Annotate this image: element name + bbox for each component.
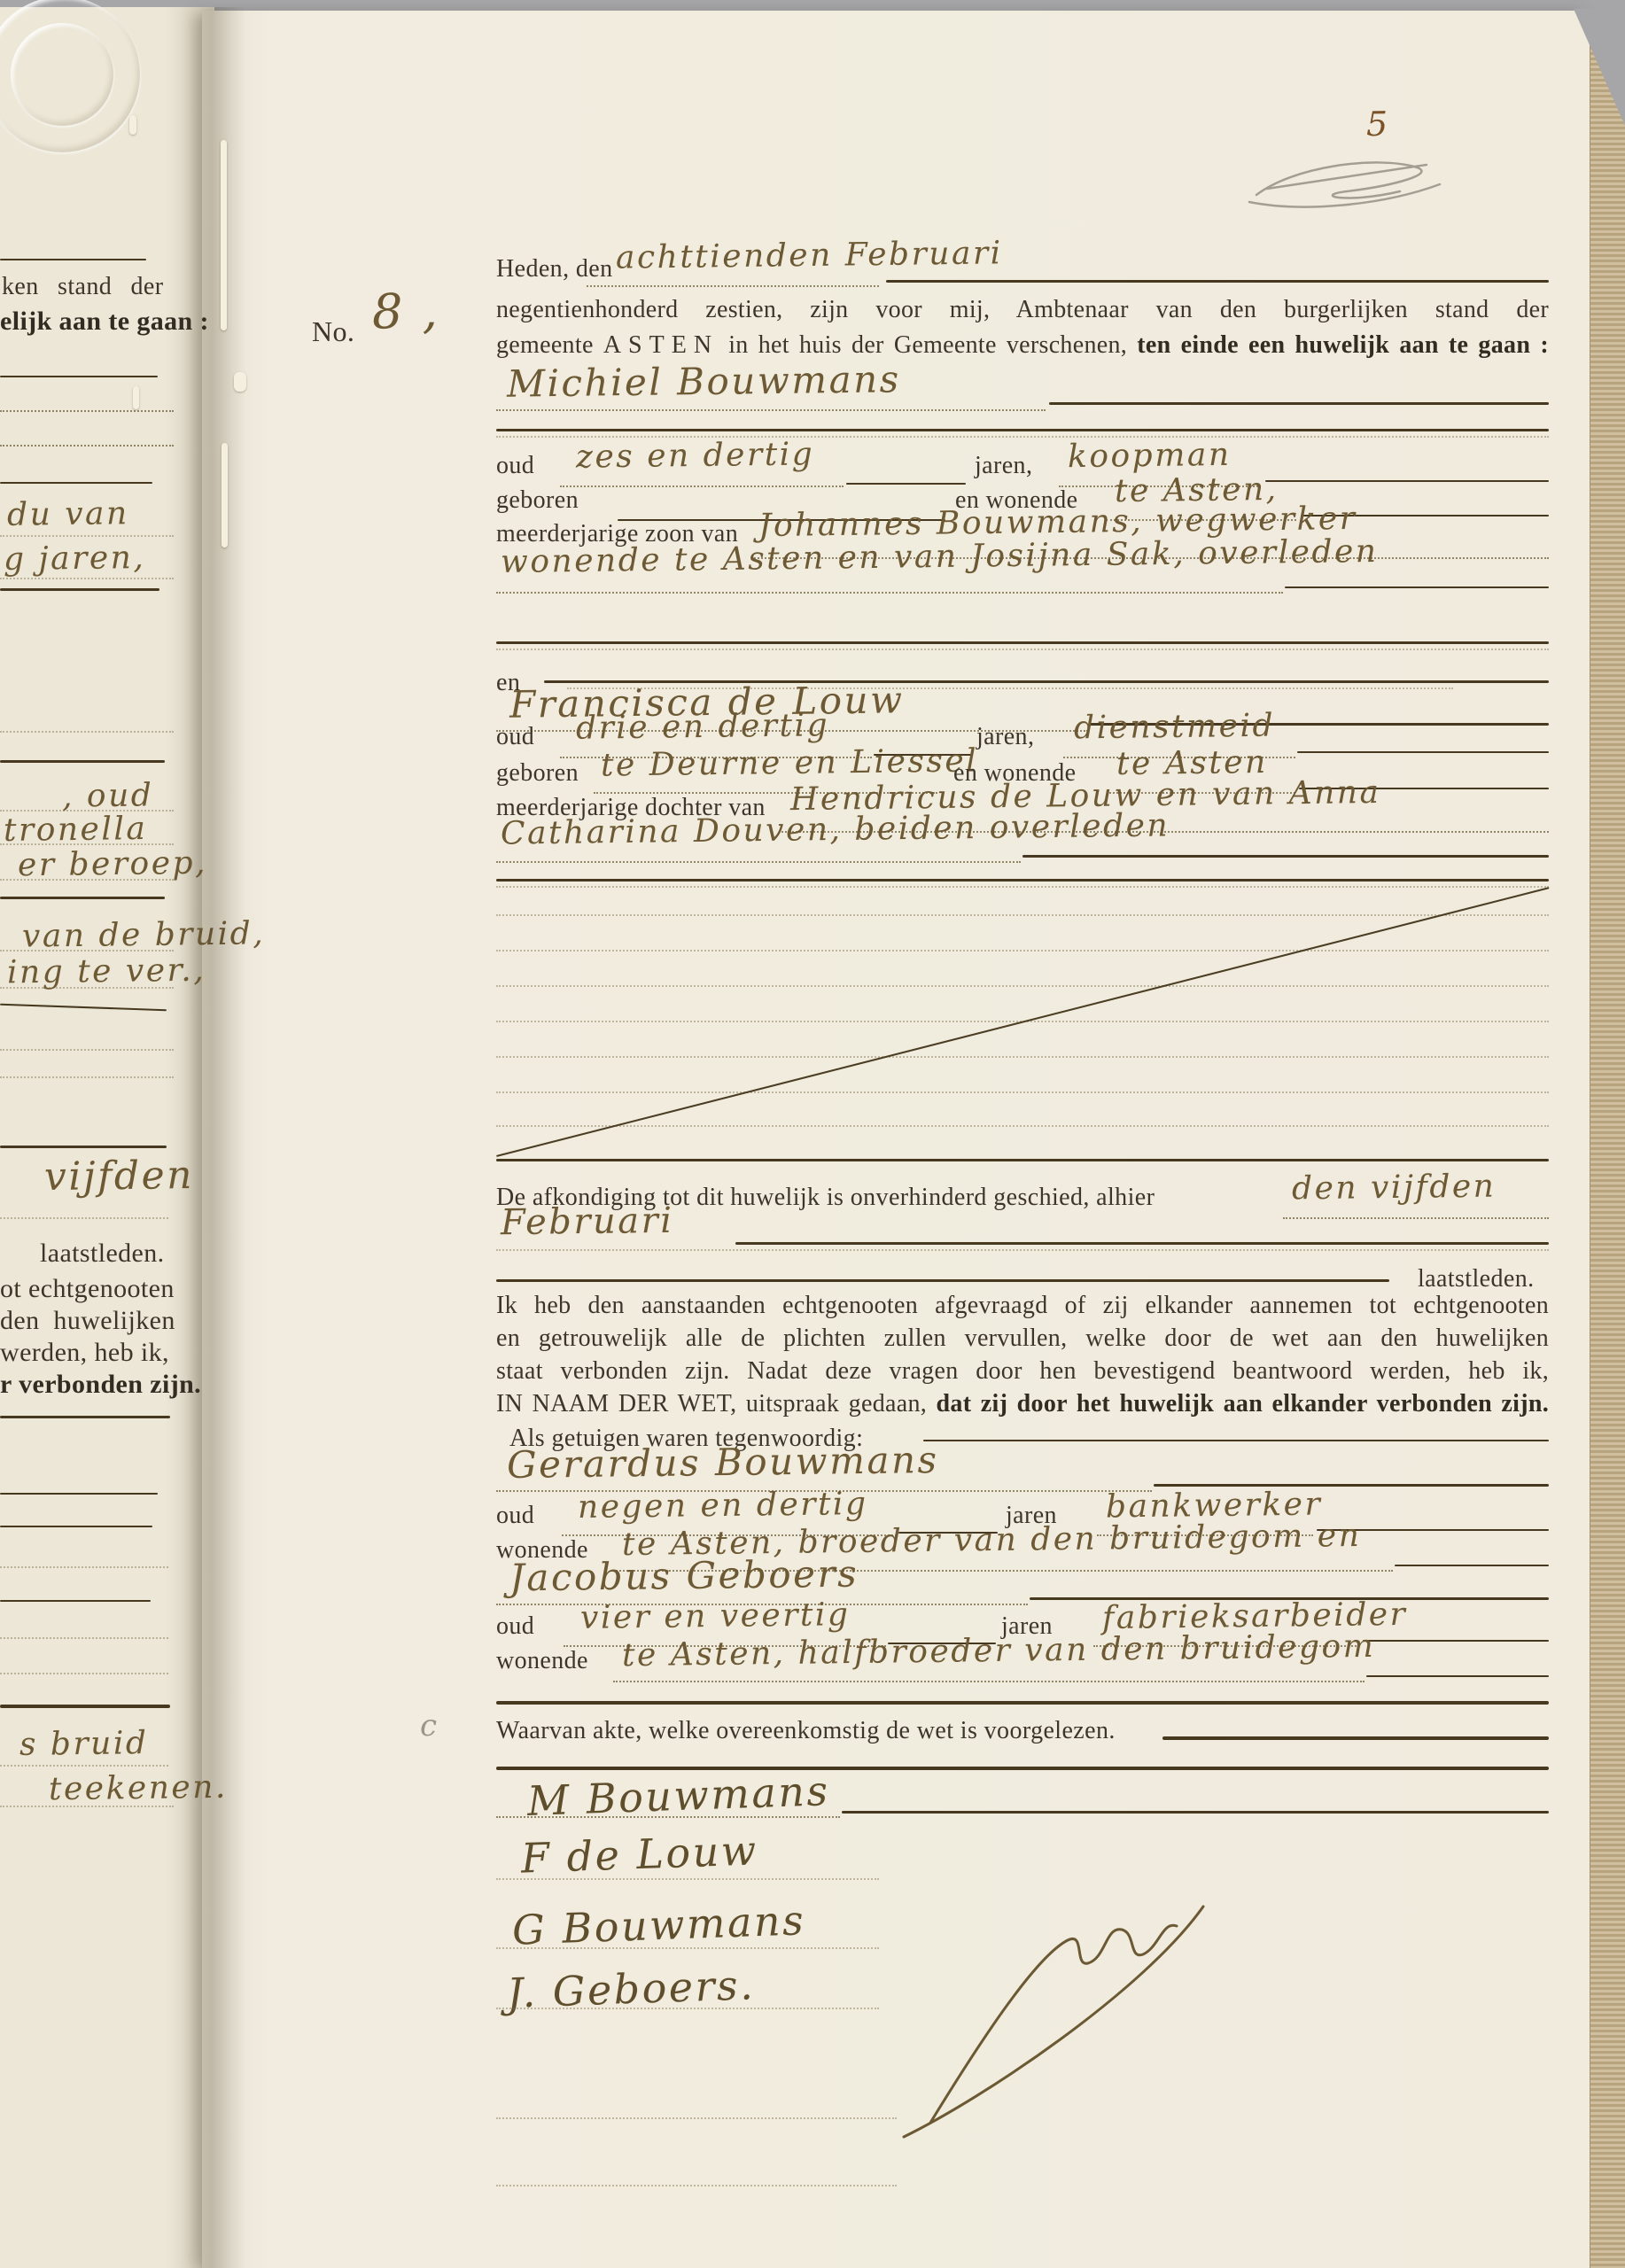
dotted-rule	[613, 1681, 1365, 1682]
rule	[0, 1493, 158, 1495]
witness2-wonende-label: wonende	[496, 1647, 588, 1675]
left-handwriting: g jaren,	[4, 540, 146, 578]
dotted-rule	[496, 649, 1549, 650]
rule	[886, 280, 1549, 283]
left-handwriting: teekenen.	[49, 1769, 228, 1807]
announcement-date2-handwritten: Februari	[501, 1200, 674, 1243]
dotted-rule	[496, 1249, 1549, 1251]
dotted-rule	[0, 1765, 168, 1767]
municipality-name: ASTEN	[603, 331, 719, 359]
margin-pencil-mark: c	[420, 1708, 437, 1744]
rule	[496, 429, 1549, 431]
page-corner-bevel	[1574, 9, 1625, 126]
dotted-rule	[0, 535, 174, 537]
witness2-oud-label: oud	[496, 1612, 534, 1641]
rule	[0, 897, 165, 899]
rule	[496, 1701, 1549, 1705]
intro-line3-part2: in het huis der Gemeente verschenen,	[728, 331, 1127, 359]
rule	[1395, 1565, 1549, 1566]
rule	[0, 1705, 170, 1708]
bride-jaren-label: jaren,	[976, 723, 1034, 751]
rule	[0, 1600, 151, 1602]
left-fragment: werden, heb ik,	[0, 1338, 169, 1368]
dotted-rule	[496, 1091, 1549, 1093]
page-number: 5	[1366, 105, 1390, 144]
pencil-scribble	[1240, 140, 1453, 229]
rule	[0, 482, 152, 484]
left-fragment: elijk aan te gaan :	[0, 307, 209, 337]
signature-witness1: G Bouwmans	[511, 1896, 806, 1954]
rule	[1265, 480, 1549, 482]
marriage-date-handwritten: achttienden Februari	[616, 235, 1003, 276]
rule	[496, 1767, 1549, 1770]
left-fragment: r verbonden zijn.	[0, 1370, 201, 1400]
rule	[0, 376, 158, 377]
dotted-rule	[496, 861, 1021, 863]
dotted-rule	[496, 1816, 840, 1818]
dotted-rule	[0, 950, 174, 951]
dotted-rule	[1283, 1217, 1549, 1219]
act-number-label: No.	[312, 315, 354, 348]
rule	[1297, 751, 1549, 753]
dotted-rule	[0, 987, 174, 989]
dotted-rule	[0, 578, 174, 579]
dotted-rule	[0, 1076, 174, 1078]
intro-line3-bold: ten einde een huwelijk aan te gaan :	[1137, 331, 1549, 359]
rule	[1363, 1640, 1549, 1642]
rule	[0, 1146, 167, 1148]
bride-oud-label: oud	[496, 723, 534, 751]
dotted-rule	[496, 950, 1549, 951]
signature-bride: F de Louw	[520, 1826, 758, 1882]
left-fragment: ken stand der	[2, 273, 163, 301]
rule	[496, 1279, 1389, 1282]
left-handwriting: er beroep,	[18, 845, 207, 884]
heden-label: Heden, den	[496, 255, 613, 283]
left-page	[0, 7, 214, 2268]
dotted-rule	[496, 592, 1283, 594]
stitch-thread	[222, 443, 228, 548]
rule	[1366, 1675, 1549, 1677]
rule	[1162, 1736, 1549, 1740]
witness2-name-handwritten: Jacobus Geboers	[509, 1552, 859, 1600]
rule	[496, 641, 1549, 644]
dotted-rule	[496, 1878, 879, 1880]
rule	[0, 588, 159, 591]
dotted-rule	[496, 409, 1046, 411]
dotted-rule	[496, 1125, 1549, 1127]
registrar-signature-flourish	[877, 1885, 1223, 2142]
left-handwriting: ing te ver.,	[7, 952, 206, 991]
rule	[1022, 855, 1549, 858]
dotted-rule	[0, 1673, 168, 1674]
dotted-rule	[496, 1056, 1549, 1058]
dotted-rule	[0, 1637, 168, 1639]
dotted-rule	[0, 1806, 174, 1807]
dotted-rule	[560, 485, 844, 487]
dotted-rule	[496, 1947, 879, 1949]
dotted-rule	[587, 285, 879, 287]
dotted-rule	[496, 2008, 879, 2009]
left-fragment: den huwelijken	[0, 1306, 175, 1336]
dotted-rule	[0, 410, 174, 412]
act-number-value: 8 ,	[372, 283, 440, 340]
left-fragment: ot echtgenooten	[0, 1274, 175, 1304]
groom-oud-label: oud	[496, 452, 534, 480]
rule	[0, 760, 165, 763]
dotted-rule	[0, 1217, 168, 1219]
vows-line4-normal: IN NAAM DER WET, uitspraak gedaan,	[496, 1390, 927, 1417]
rule	[735, 1242, 1549, 1245]
groom-jaren-label: jaren,	[975, 452, 1032, 480]
announcement-date1-handwritten: den vijfden	[1292, 1169, 1497, 1208]
dotted-rule	[0, 1566, 168, 1568]
left-handwriting: s bruid	[19, 1725, 149, 1763]
left-fragment: laatstleden.	[40, 1239, 165, 1269]
rule	[0, 1526, 152, 1527]
rule	[1285, 586, 1549, 588]
laatstleden-label: laatstleden.	[1418, 1265, 1535, 1293]
intro-line3-part1: gemeente	[496, 331, 594, 359]
groom-occupation-handwritten: koopman	[1068, 437, 1232, 475]
rule	[496, 879, 1549, 882]
stitch-knot	[234, 372, 246, 392]
rule	[1154, 1484, 1549, 1487]
stitch-thread	[129, 115, 136, 135]
embossed-seal-inner-icon	[11, 23, 113, 126]
witness1-oud-label: oud	[496, 1502, 534, 1530]
document-scan: ken stand der elijk aan te gaan : du van…	[0, 0, 1625, 2268]
dotted-rule	[496, 886, 1549, 888]
dotted-rule	[496, 985, 1549, 987]
stitch-thread	[221, 140, 227, 330]
dotted-rule	[496, 2117, 897, 2119]
dotted-rule	[0, 1049, 174, 1051]
closing-statement: Waarvan akte, welke overeenkomstig de we…	[496, 1717, 1116, 1745]
bride-geboren-label: geboren	[496, 759, 579, 788]
vows-line4-bold: dat zij door het huwelijk aan elkander v…	[937, 1390, 1549, 1417]
rule	[842, 1811, 1549, 1814]
dotted-rule	[0, 445, 174, 447]
left-handwriting: du van	[7, 495, 129, 533]
dotted-rule	[496, 2185, 897, 2186]
rule	[496, 1159, 1549, 1161]
left-handwriting: vijfden	[44, 1153, 195, 1200]
rule	[0, 1416, 170, 1418]
groom-geboren-label: geboren	[496, 486, 579, 515]
stitch-thread	[133, 386, 139, 409]
rule	[1049, 402, 1549, 405]
rule	[0, 259, 146, 260]
dotted-rule	[496, 914, 1549, 916]
bride-occupation-handwritten: dienstmeid	[1074, 708, 1275, 747]
bride-age-handwritten: drie en dertig	[576, 707, 830, 746]
dotted-rule	[0, 731, 174, 733]
rule	[846, 483, 966, 485]
witness1-age-handwritten: negen en dertig	[578, 1486, 868, 1526]
witness2-age-handwritten: vier en veertig	[580, 1596, 851, 1636]
groom-name-handwritten: Michiel Bouwmans	[507, 357, 901, 405]
bride-birthplace-handwritten: te Deurne en Liessel	[601, 742, 979, 783]
witness1-name-handwritten: Gerardus Bouwmans	[507, 1438, 939, 1487]
dotted-rule	[0, 879, 174, 881]
book-edge	[1590, 12, 1625, 2268]
groom-age-handwritten: zes en dertig	[576, 436, 815, 475]
rule	[923, 1440, 1549, 1441]
